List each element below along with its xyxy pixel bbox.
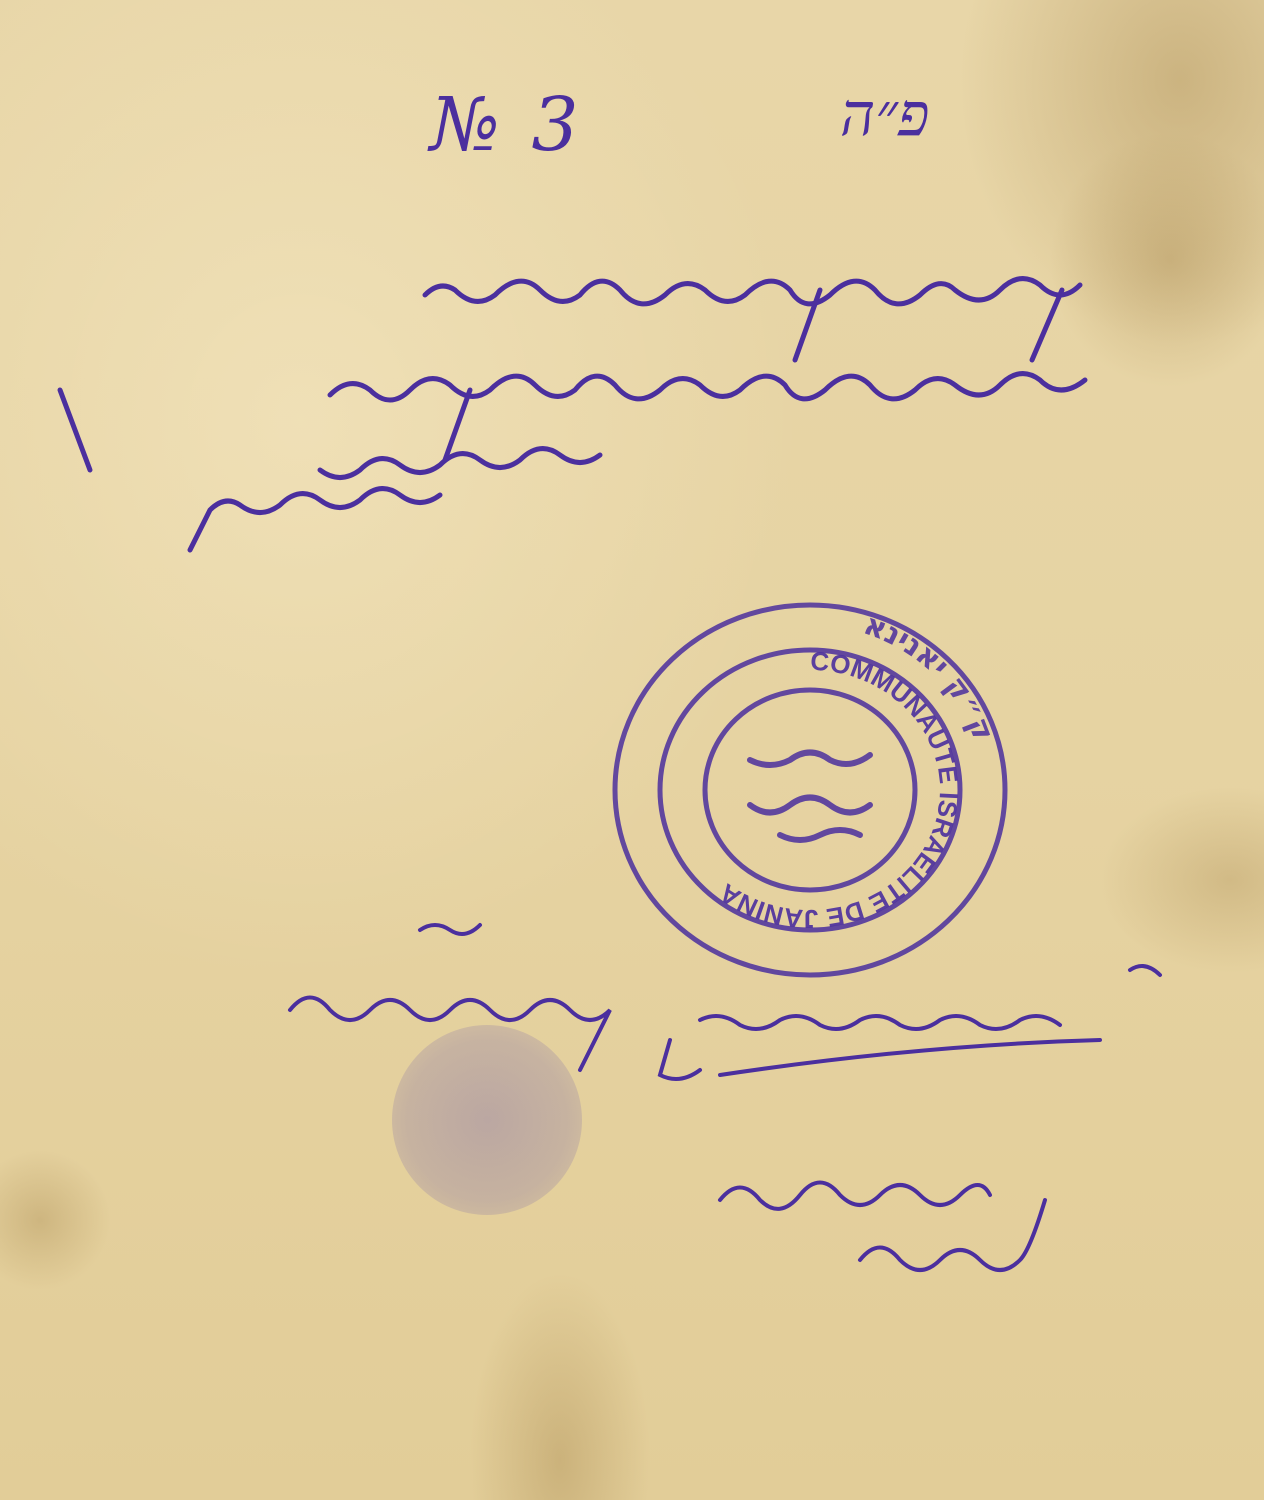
stamp-middle-text: COMMUNAUTE ISRAELITE DE JANINA bbox=[714, 646, 964, 934]
document-page: № 3 פ״ה bbox=[0, 0, 1264, 1500]
svg-text:COMMUNAUTE ISRAELITE DE JANINA: COMMUNAUTE ISRAELITE DE JANINA bbox=[714, 646, 964, 934]
signature-mark-right bbox=[1130, 966, 1160, 975]
signature-3-lower bbox=[860, 1200, 1045, 1270]
faded-seal bbox=[392, 1025, 582, 1215]
signature-2 bbox=[660, 1016, 1100, 1079]
stamp-center-inscription bbox=[750, 753, 870, 841]
signature-1-upper bbox=[420, 925, 480, 934]
signature-3 bbox=[720, 1183, 990, 1209]
community-stamp: COMMUNAUTE ISRAELITE DE JANINA ק״ק יאנינ… bbox=[600, 590, 1020, 990]
handwritten-body bbox=[60, 279, 1085, 550]
